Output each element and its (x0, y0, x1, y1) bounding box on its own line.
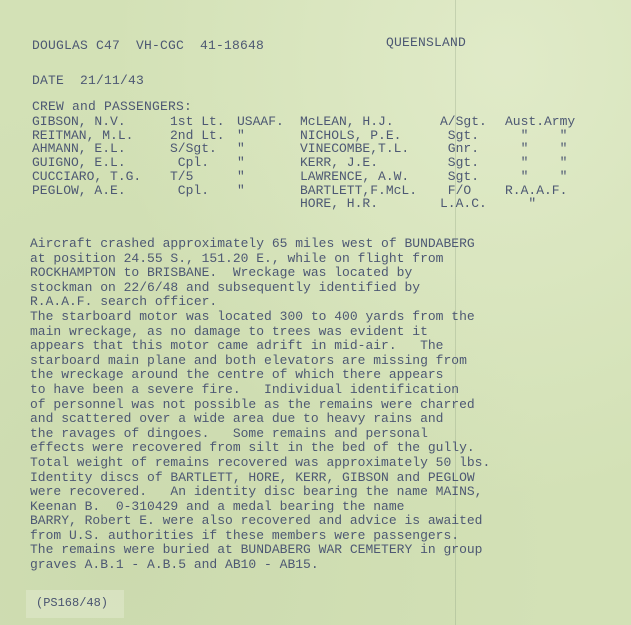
crew-unit: " " (505, 129, 567, 143)
crew-unit: " " (505, 156, 567, 170)
crew-name: VINECOMBE,T.L. (300, 142, 409, 156)
crew-rank: 2nd Lt. (170, 129, 225, 143)
file-reference: (PS168/48) (36, 596, 108, 610)
crew-name: REITMAN, M.L. (32, 129, 133, 143)
crew-unit: USAAF. (237, 115, 284, 129)
narrative-line: were recovered. An identity disc bearing… (30, 485, 590, 500)
narrative-line: from U.S. authorities if these members w… (30, 529, 590, 544)
crew-rank: T/5 (170, 170, 193, 184)
crew-rank: Sgt. (440, 170, 479, 184)
crew-rank: Gnr. (440, 142, 479, 156)
crew-name: AHMANN, E.L. (32, 142, 126, 156)
crew-unit: " " (505, 142, 567, 156)
crew-rank: Cpl. (170, 156, 209, 170)
crew-name: LAWRENCE, A.W. (300, 170, 409, 184)
crew-unit: " (237, 142, 245, 156)
narrative-line: to have been a severe fire. Individual i… (30, 383, 590, 398)
narrative-line: The starboard motor was located 300 to 4… (30, 310, 590, 325)
narrative-line: of personnel was not possible as the rem… (30, 398, 590, 413)
crew-name: McLEAN, H.J. (300, 115, 394, 129)
narrative-line: and scattered over a wide area due to he… (30, 412, 590, 427)
narrative-line: The remains were buried at BUNDABERG WAR… (30, 543, 590, 558)
crew-rank: F/O (440, 184, 471, 198)
narrative-line: R.A.A.F. search officer. (30, 295, 590, 310)
crew-name: GIBSON, N.V. (32, 115, 126, 129)
narrative-line: the wreckage around the centre of which … (30, 368, 590, 383)
crew-name: CUCCIARO, T.G. (32, 170, 141, 184)
aircraft-identifier: DOUGLAS C47 VH-CGC 41-18648 (32, 38, 264, 53)
narrative-line: the ravages of dingoes. Some remains and… (30, 427, 590, 442)
document-page: DOUGLAS C47 VH-CGC 41-18648 QUEENSLAND D… (0, 0, 631, 625)
crew-rank: 1st Lt. (170, 115, 225, 129)
crew-heading: CREW and PASSENGERS: (32, 99, 192, 114)
incident-narrative: Aircraft crashed approximately 65 miles … (30, 237, 590, 573)
narrative-line: Aircraft crashed approximately 65 miles … (30, 237, 590, 252)
crash-date: DATE 21/11/43 (32, 73, 144, 88)
crew-name: NICHOLS, P.E. (300, 129, 401, 143)
narrative-line: starboard main plane and both elevators … (30, 354, 590, 369)
crew-unit: " (237, 170, 245, 184)
crew-unit: " (505, 197, 536, 211)
crew-rank: Sgt. (440, 156, 479, 170)
crew-unit: " (237, 129, 245, 143)
crew-name: PEGLOW, A.E. (32, 184, 126, 198)
crew-unit: " (237, 156, 245, 170)
crew-name: KERR, J.E. (300, 156, 378, 170)
narrative-line: appears that this motor came adrift in m… (30, 339, 590, 354)
narrative-line: Keenan B. 0-310429 and a medal bearing t… (30, 500, 590, 515)
crew-unit: " " (505, 170, 567, 184)
crew-rank: S/Sgt. (170, 142, 217, 156)
crew-unit: " (237, 184, 245, 198)
narrative-line: graves A.B.1 - A.B.5 and AB10 - AB15. (30, 558, 590, 573)
crew-unit: R.A.A.F. (505, 184, 567, 198)
crew-name: HORE, H.R. (300, 197, 378, 211)
crew-unit: Aust.Army (505, 115, 575, 129)
crew-rank: L.A.C. (440, 197, 487, 211)
narrative-line: BARRY, Robert E. were also recovered and… (30, 514, 590, 529)
narrative-line: at position 24.55 S., 151.20 E., while o… (30, 252, 590, 267)
state-label: QUEENSLAND (386, 35, 466, 50)
narrative-line: Total weight of remains recovered was ap… (30, 456, 590, 471)
crew-rank: Sgt. (440, 129, 479, 143)
narrative-line: ROCKHAMPTON to BRISBANE. Wreckage was lo… (30, 266, 590, 281)
crew-name: GUIGNO, E.L. (32, 156, 126, 170)
crew-name: BARTLETT,F.McL. (300, 184, 417, 198)
crew-rank: Cpl. (170, 184, 209, 198)
narrative-line: stockman on 22/6/48 and subsequently ide… (30, 281, 590, 296)
narrative-line: effects were recovered from silt in the … (30, 441, 590, 456)
narrative-line: main wreckage, as no damage to trees was… (30, 325, 590, 340)
narrative-line: Identity discs of BARTLETT, HORE, KERR, … (30, 471, 590, 486)
crew-rank: A/Sgt. (440, 115, 487, 129)
